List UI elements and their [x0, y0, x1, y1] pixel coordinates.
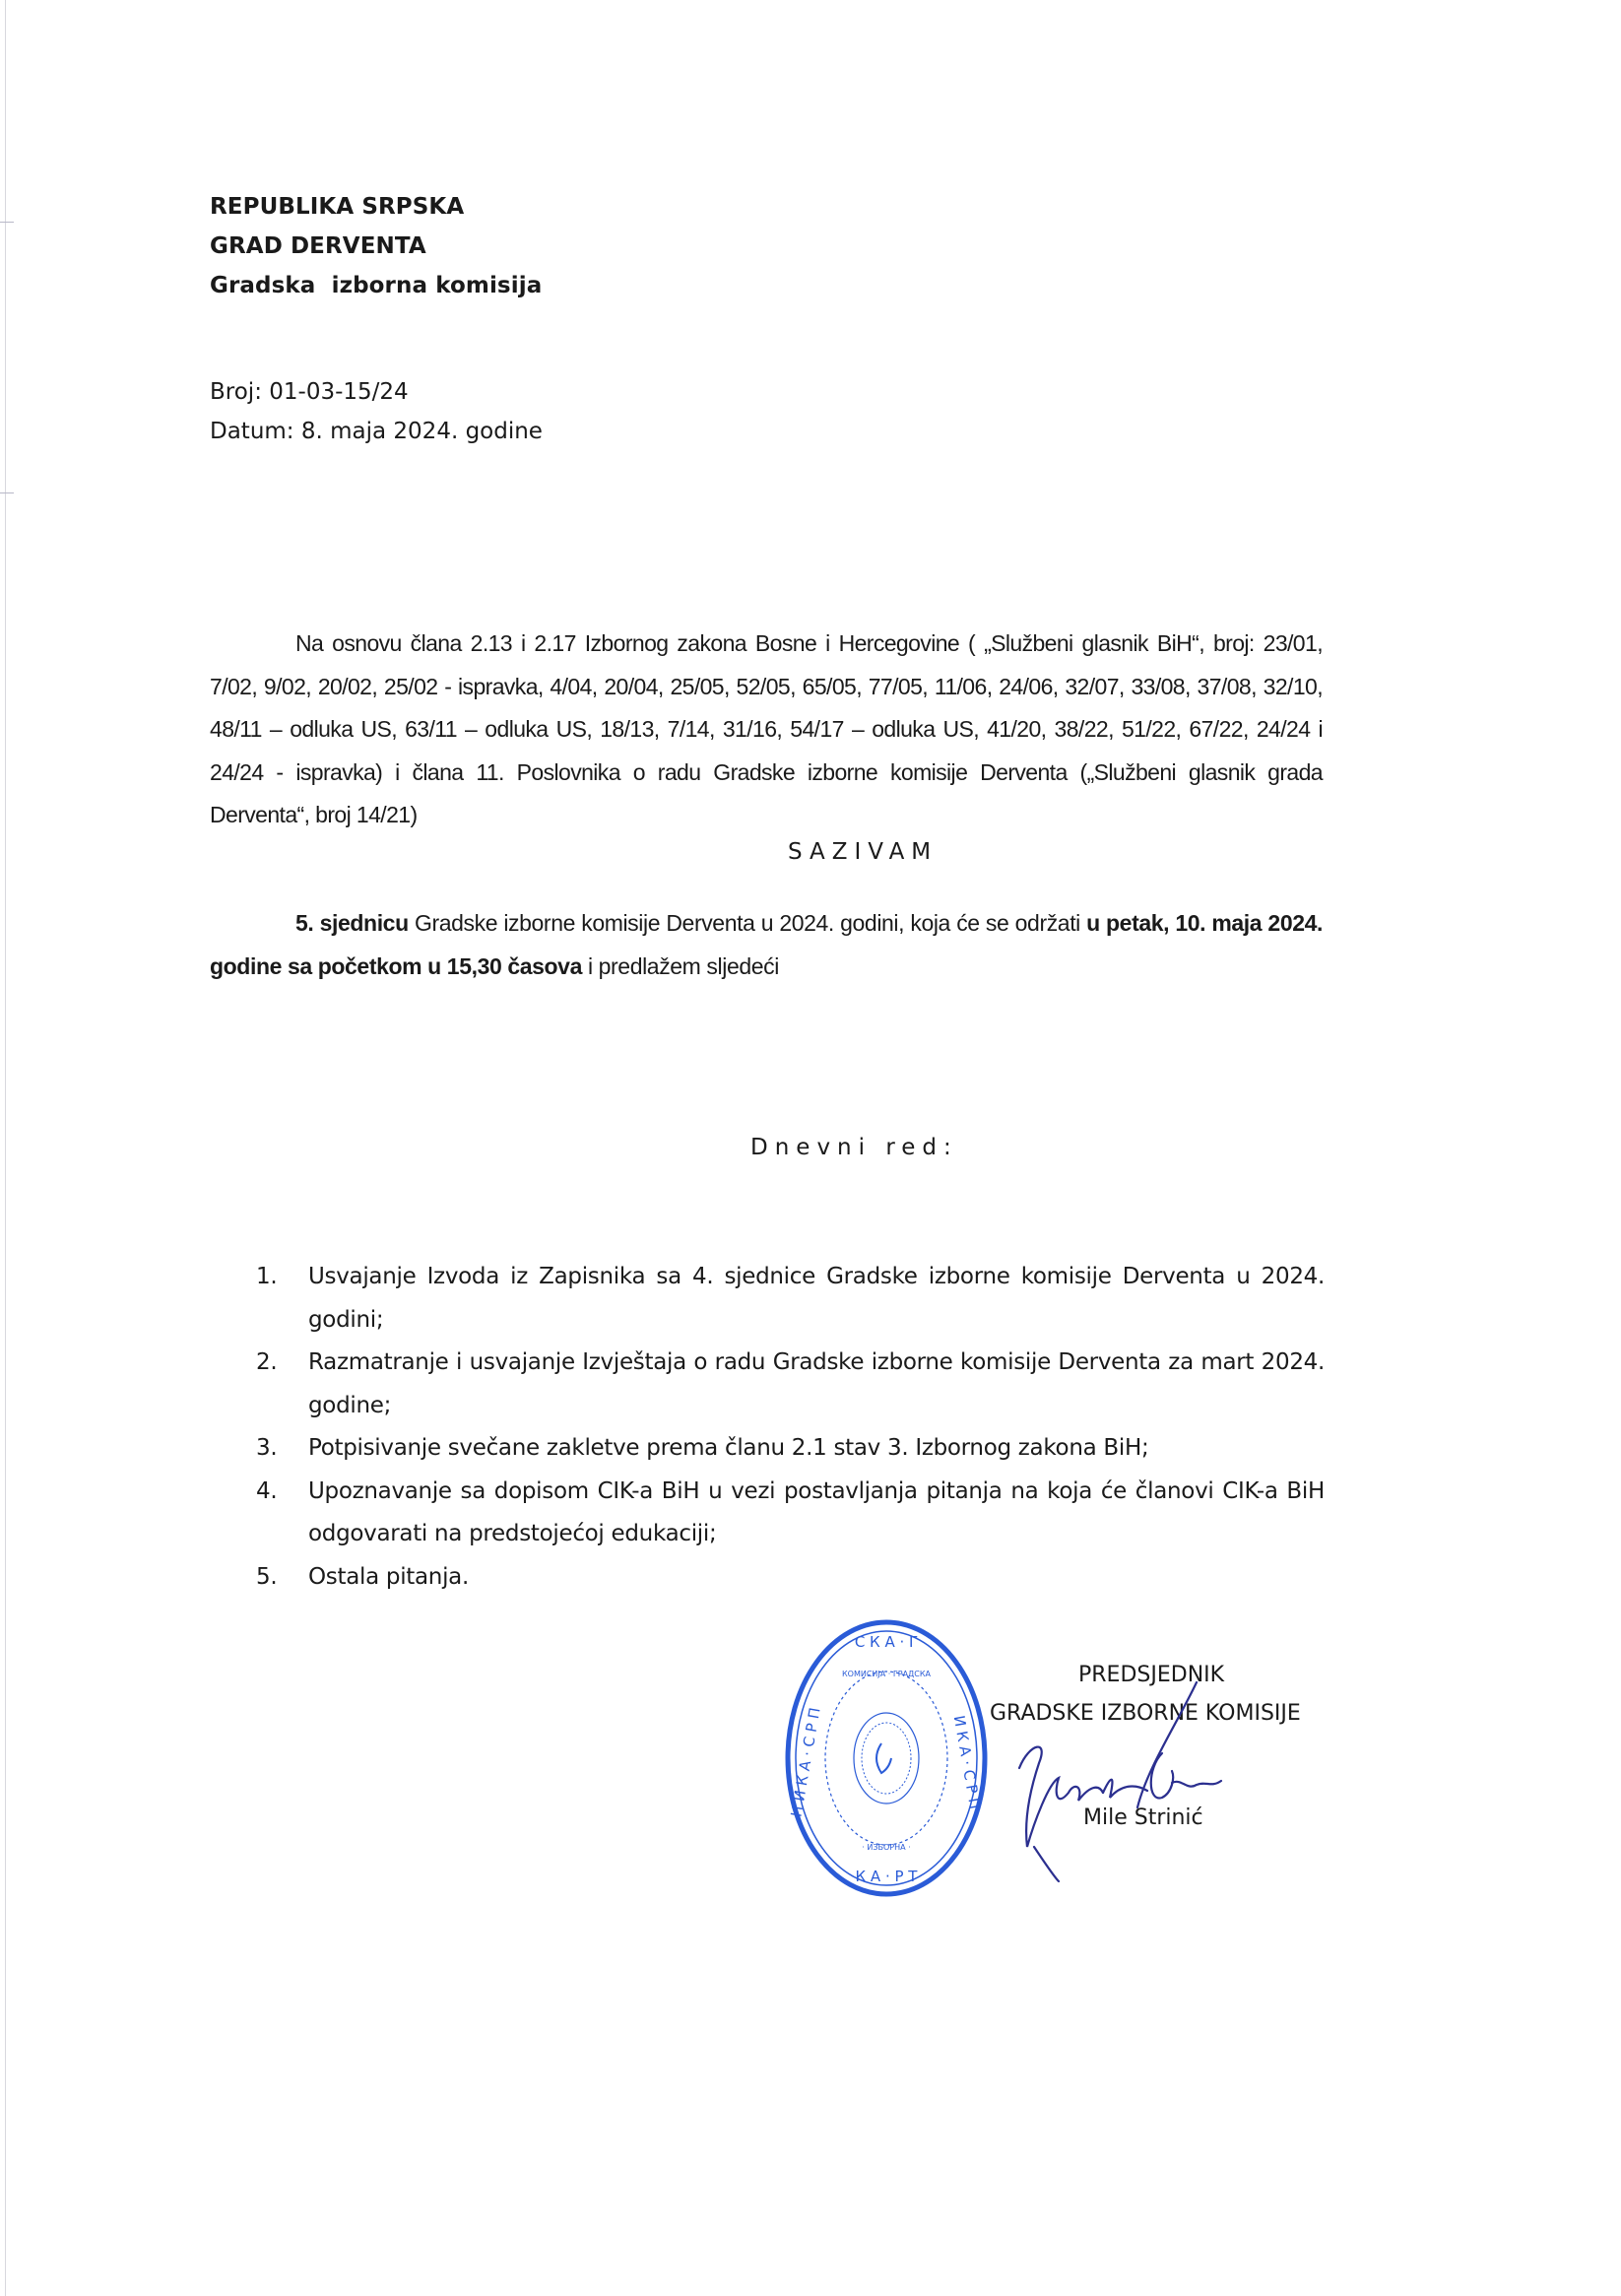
session-number: 5. sjednicu: [295, 910, 409, 936]
agenda-item: 4.Upoznavanje sa dopisom CIK-a BiH u vez…: [256, 1471, 1325, 1556]
agenda-item-text: Potpisivanje svečane zakletve prema član…: [308, 1435, 1148, 1461]
svg-text:КОМИСИЈА · ГРАДСКА: КОМИСИЈА · ГРАДСКА: [842, 1670, 932, 1678]
document-page: REPUBLIKA SRPSKA GRAD DERVENTA Gradska i…: [0, 0, 1621, 2296]
agenda-item-text: Upoznavanje sa dopisom CIK-a BiH u vezi …: [308, 1478, 1325, 1547]
agenda-item-text: Razmatranje i usvajanje Izvještaja o rad…: [308, 1349, 1325, 1418]
header-republic: REPUBLIKA SRPSKA: [210, 194, 464, 220]
session-paragraph: 5. sjednicu Gradske izborne komisije Der…: [210, 902, 1323, 988]
document-number: Broj: 01-03-15/24: [210, 379, 409, 405]
svg-text:· ИЗБОРНА ·: · ИЗБОРНА ·: [862, 1843, 910, 1852]
document-date: Datum: 8. maja 2024. godine: [210, 419, 543, 444]
handwritten-signature-icon: [1000, 1674, 1236, 1886]
agenda-item-number: 1.: [256, 1256, 277, 1299]
agenda-item-text: Usvajanje Izvoda iz Zapisnika sa 4. sjed…: [308, 1264, 1325, 1333]
agenda-item-number: 5.: [256, 1556, 277, 1600]
header-commission: Gradska izborna komisija: [210, 273, 542, 298]
agenda-item: 5.Ostala pitanja.: [256, 1556, 1325, 1600]
svg-text:И К А · С Р П: И К А · С Р П: [950, 1714, 984, 1810]
scan-margin-tick: [0, 222, 14, 223]
signatory-name: Mile Strinić: [1083, 1805, 1203, 1830]
convocation-heading: SAZIVAM: [788, 839, 938, 865]
agenda-heading: Dnevni red:: [750, 1135, 958, 1160]
legal-basis-text: Na osnovu člana 2.13 i 2.17 Izbornog zak…: [210, 630, 1323, 827]
agenda-item-number: 2.: [256, 1342, 277, 1385]
session-tail: i predlažem sljedeći: [582, 953, 779, 979]
session-text: Gradske izborne komisije Derventa u 2024…: [409, 910, 1086, 936]
agenda-item: 3.Potpisivanje svečane zakletve prema čl…: [256, 1427, 1325, 1471]
scan-margin-line: [5, 0, 6, 2296]
agenda-item-number: 4.: [256, 1471, 277, 1514]
scan-margin-tick: [0, 492, 14, 493]
header-city: GRAD DERVENTA: [210, 233, 426, 259]
legal-basis-paragraph: Na osnovu člana 2.13 i 2.17 Izbornog zak…: [210, 623, 1323, 837]
agenda-item-text: Ostala pitanja.: [308, 1564, 469, 1590]
agenda-item-number: 3.: [256, 1427, 277, 1471]
official-seal-icon: С К А · Г Н И К А · С Р П И К А · С Р П …: [783, 1615, 990, 1901]
svg-text:К А · Р Т: К А · Р Т: [856, 1868, 919, 1885]
agenda-item: 1.Usvajanje Izvoda iz Zapisnika sa 4. sj…: [256, 1256, 1325, 1342]
agenda-item: 2.Razmatranje i usvajanje Izvještaja o r…: [256, 1342, 1325, 1427]
svg-text:С К А · Г: С К А · Г: [855, 1633, 918, 1651]
agenda-list: 1.Usvajanje Izvoda iz Zapisnika sa 4. sj…: [256, 1256, 1325, 1599]
